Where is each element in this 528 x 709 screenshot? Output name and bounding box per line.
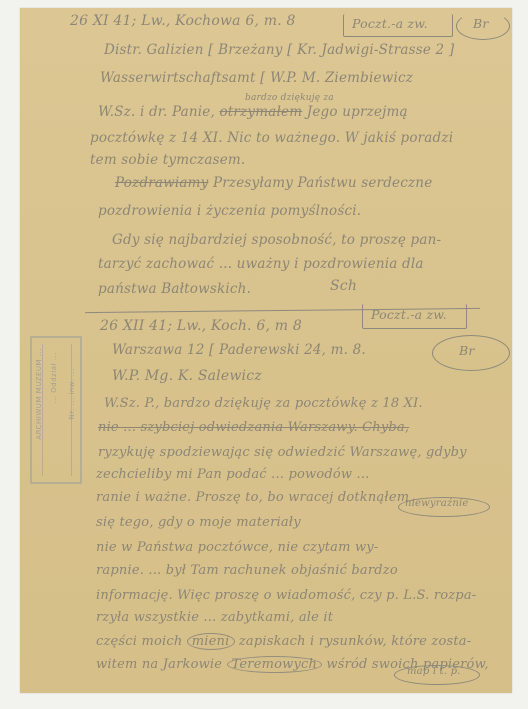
letter2-tag-text: Poczt.-a zw.	[371, 307, 447, 322]
letter1-tag-text: Poczt.-a zw.	[352, 16, 428, 31]
letter2-line-4: zechcieliby mi Pan podać ... powodów ...	[96, 467, 370, 482]
letter1-struck-word-2: Pozdrawiamy	[115, 175, 208, 191]
letter1-line-5: tem sobie tymczasem.	[90, 152, 245, 168]
letter1-line-3: W.Sz. i dr. Panie, otrzymałem Jego uprze…	[98, 104, 408, 120]
letter1-tag-box: Poczt.-a zw.	[343, 14, 453, 37]
stamp-text-line1: ARCHIWUM MUZEUM ...	[35, 348, 43, 440]
letter2-line-1: W.Sz. P., bardzo dziękuję za pocztówkę z…	[104, 396, 423, 411]
letter1-greeting: W.Sz. i dr. Panie,	[98, 104, 215, 120]
letter2-line-10-text: rzyła wszystkie ... zabytkami, ale it	[96, 610, 333, 625]
letter2-line-9: informację. Więc proszę o wiadomość, czy…	[96, 588, 476, 603]
letter2-line-2: nie ... szybciej odwiedzania Warszawy. C…	[98, 420, 409, 435]
letter2-circled-note-text: map i t. p.	[407, 666, 461, 677]
stamp-text-line3: Nr. ... inw. ...	[68, 368, 76, 419]
letter1-line-8: Gdy się najbardziej sposobność, to prosz…	[112, 232, 441, 248]
letter1-line-10: państwa Bałtowskich.	[98, 281, 251, 297]
letter2-oval-text: Br	[459, 343, 475, 358]
letter1-line-6: Pozdrawiamy Przesyłamy Państwu serdeczne	[115, 175, 432, 191]
letter2-insert-above: niewyraźnie	[405, 498, 469, 509]
letter2-circled-word-2: Teremowych	[227, 656, 323, 673]
letter2-line-10: rzyła wszystkie ... zabytkami, ale it	[96, 610, 333, 625]
letter1-tag-oval: Br	[456, 12, 510, 40]
archive-stamp: ARCHIWUM MUZEUM ... ... Oddział ... Nr. …	[30, 336, 82, 484]
letter2-line-3: ryzykuję spodziewając się odwiedzić Wars…	[98, 445, 467, 460]
letter2-line-6: się tego, gdy o moje materiały	[96, 515, 301, 530]
letter2-recipient: W.P. Mg. K. Salewicz	[112, 368, 262, 384]
letter2-line-11-a: części moich	[96, 634, 182, 649]
letter1-line-4: pocztówkę z 14 XI. Nic to ważnego. W jak…	[90, 130, 453, 146]
letter2-tag-oval: Br	[432, 335, 510, 371]
letter2-header: 26 XII 41; Lw., Koch. 6, m 8	[100, 318, 302, 334]
letter1-greeting-cont: Jego uprzejmą	[307, 104, 408, 120]
letter1-line-1: Distr. Galizien [ Brzeżany [ Kr. Jadwigi…	[104, 42, 454, 58]
stamp-text-line2: ... Oddział ...	[50, 352, 58, 404]
letter1-inline-insert: bardzo dziękuję za	[245, 93, 334, 103]
letter1-line-6-text: Przesyłamy Państwu serdeczne	[213, 175, 432, 191]
letter2-insert-oval: niewyraźnie	[398, 497, 490, 517]
letter2-circled-note: map i t. p.	[394, 665, 480, 685]
letter1-line-9: tarzyć zachować ... uważny i pozdrowieni…	[98, 256, 424, 272]
letter2-line-7: nie w Państwa pocztówce, nie czytam wy-	[96, 540, 378, 555]
letter2-line-11-b: zapiskach i rysunków, które zosta-	[239, 634, 471, 649]
letter2-tag-box: Poczt.-a zw.	[362, 304, 467, 329]
letter1-oval-text: Br	[473, 16, 489, 31]
letter2-line-8: rapnie. ... był Tam rachunek objaśnić ba…	[96, 563, 398, 578]
letter1-header: 26 XI 41; Lw., Kochowa 6, m. 8	[70, 13, 296, 29]
letter1-signature: Sch	[330, 278, 357, 294]
letter2-line-11: części moich mieni zapiskach i rysunków,…	[96, 633, 471, 650]
letter1-line-7: pozdrowienia i życzenia pomyślności.	[98, 203, 361, 219]
letter2-line-5: ranie i ważne. Proszę to, bo wracej dotk…	[96, 490, 409, 505]
letter1-line-2: Wasserwirtschaftsamt [ W.P. M. Ziembiewi…	[100, 70, 413, 86]
letter2-line-12-a: witem na Jarkowie	[96, 657, 222, 672]
letter2-circled-word-1: mieni	[187, 633, 235, 650]
letter2-address: Warszawa 12 [ Paderewski 24, m. 8.	[112, 342, 366, 358]
letter1-struck-word: otrzymałem	[219, 104, 302, 120]
